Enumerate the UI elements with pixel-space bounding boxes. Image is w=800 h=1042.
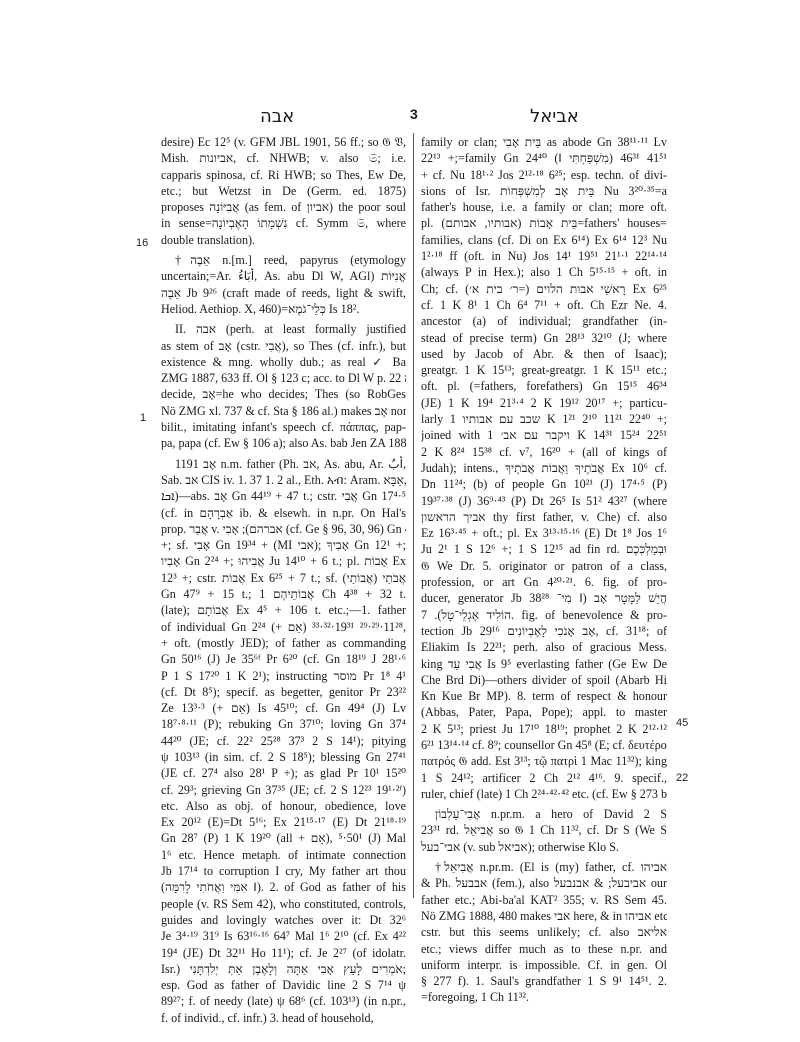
margin-count-left-1: 16 xyxy=(136,237,148,249)
text-line: Ex 20¹² (E)=Dt 5¹⁶; Ex 21¹⁵·¹⁷ (E) Dt 21… xyxy=(161,814,406,830)
text-line: + cf. Nu 18¹·² Jos 2¹²·¹⁸ 6²⁵; esp. tech… xyxy=(421,167,667,183)
text-line: אָב 1191 n.m. father (Ph. אב, As. abu, A… xyxy=(161,456,406,472)
text-line: †אֲבִיאֵל n.pr.m. (El is (my) father, cf… xyxy=(421,859,667,875)
text-line: אֵבֶה Jb 9²⁶ (craft made of reeds, light… xyxy=(161,285,406,301)
text-line: desire) Ec 12⁵ (v. GFM JBL 1901, 56 ff.;… xyxy=(161,134,406,150)
text-line: esp. God as father of Davidic line 2 S 7… xyxy=(161,977,406,993)
running-head-left-word: אבה xyxy=(260,106,294,127)
text-line: =foregoing, 1 Ch 11³². xyxy=(421,989,667,1005)
text-line: 12³ +; cstr. אֲבוֹת Ex 6²⁵ + 7 t.; sf. א… xyxy=(161,570,406,586)
text-line: †אֵבֶה n.[m.] reed, papyrus (etymology xyxy=(161,252,406,268)
text-line: sions of Isr. בֵּית אָב לְמִשְׁפְּחוֹת N… xyxy=(421,183,667,199)
text-line: used by Jacob of Abr. & then of Isaac); xyxy=(421,346,667,362)
text-line: Eliakim Is 22²¹; perh. also of gracious … xyxy=(421,639,667,655)
right-column: family or clan; בֵּית אָבִי as abode Gn … xyxy=(421,134,667,1006)
text-line: (JE cf. 27⁴ also 28¹ P +); as glad Pr 10… xyxy=(161,765,406,781)
text-line: Nö ZMG 1888, 480 makes אבי here, & in אב… xyxy=(421,908,667,924)
text-line: Ch; cf. רָאשֵׁי אבות הלוים (=ר׳ בית א׳) … xyxy=(421,281,667,297)
text-line: father etc.; Abi-ba'al KAT² 355; v. RS S… xyxy=(421,892,667,908)
text-line: people (v. RS Sem 42), who constituted, … xyxy=(161,896,406,912)
text-line: (אִמִּי וַאֲחֹתִי לָרִמָּה ‖). 2. of God… xyxy=(161,879,406,895)
text-line: cf. 29³; grieving Gn 37³⁵ (JE; cf. 2 S 1… xyxy=(161,782,406,798)
text-line: Gn 47⁹ + 15 t.; אֲבוֹתֵיהֶם 1 Ch 4³⁸ + 3… xyxy=(161,586,406,602)
text-line: הוֹלִיד אֶגְלֵי־טָל). 7. fig. of benevol… xyxy=(421,607,667,623)
text-line: Gn 28⁷ (P) 1 K 19²⁰ (all + אֵם), 50¹·⁵ (… xyxy=(161,830,406,846)
text-line: 1 S 24¹²; artificer 2 Ch 2¹² 4¹⁶. 9. spe… xyxy=(421,770,667,786)
text-line: Che Brd Di)—others divider of spoil (Aba… xyxy=(421,672,667,688)
text-line: family or clan; בֵּית אָבִי as abode Gn … xyxy=(421,134,667,150)
margin-count-right-1: 45 xyxy=(676,717,688,729)
text-line: Ze 13³·³ (+ אֵם) Is 45¹⁰; cf. Gn 49⁴ (J)… xyxy=(161,700,406,716)
text-line: f. of individ., cf. infr.) 3. head of ho… xyxy=(161,1010,406,1026)
running-head: אבה 3 אביאל xyxy=(160,106,665,130)
text-line: cf. 1 K 8¹ 1 Ch 6⁴ 7¹¹ + oft. Ch Ezr Ne.… xyxy=(421,297,667,313)
text-line: ancestor (a) of individual; grandfather … xyxy=(421,313,667,329)
text-line: (cf. in אַבְרָהָם ib. & elsewh. in n.pr.… xyxy=(161,505,406,521)
text-line: πατρός 𝔊 add. Est 3¹³; τῷ πατρὶ 1 Mac 11… xyxy=(421,753,667,769)
text-line: in sense=נִשְׁמָתוֹ הָאֶבְיוֹנָה cf. Sym… xyxy=(161,215,406,231)
text-line: 1⁶ etc. Hence metaph. of intimate connec… xyxy=(161,847,406,863)
text-line: (always P in Hex.); also 1 Ch 5¹⁵·¹⁵ + o… xyxy=(421,264,667,280)
text-line: II. אבה (perh. at least formally justifi… xyxy=(161,321,406,337)
text-line: +; sf. אָבִי Gn 19³⁴ + (MI אבי); אָבִיךָ… xyxy=(161,537,406,553)
text-line: 18⁷·⁸·¹¹ (P); rebuking Gn 37¹⁰; loving G… xyxy=(161,716,406,732)
text-line: P 1 S 17²⁰ 1 K 2¹); instructing מוסר Pr … xyxy=(161,668,406,684)
text-line: king אֲבִי עַד Is 9⁵ everlasting father … xyxy=(421,656,667,672)
text-line: (Abbas, Pater, Papa, Pope); appl. to mas… xyxy=(421,704,667,720)
text-line: ducer, generator Jb 38²⁸ הֲיֵשׁ לַמָּטָר… xyxy=(421,590,667,606)
text-line: Ju 2¹ 1 S 12⁶ +; 1 S 12¹⁵ ad fin rd. וּב… xyxy=(421,541,667,557)
text-line: double translation). xyxy=(161,232,406,248)
text-line: tection Jb 29¹⁶ אָב אָנֹכִי לָאֶבְיוֹנִי… xyxy=(421,623,667,639)
text-line: Kn Kue Br MP). 8. term of respect & hono… xyxy=(421,688,667,704)
dictionary-page: אבה 3 אביאל 16 1 45 22 desire) Ec 12⁵ (v… xyxy=(0,0,800,1042)
text-line: ψ 103¹³ (in sim. cf. 2 S 18⁵); blessing … xyxy=(161,749,406,765)
text-line: 23³¹ rd. אֲבִיאֵל so 𝔊 1 Ch 11³², cf. Dr… xyxy=(421,822,667,838)
text-line: 89²⁷; f. of needy (late) ψ 68⁶ (cf. 103¹… xyxy=(161,993,406,1009)
text-line: Isr.) אֹמְרִים לָעֵץ אָבִי אַתָּה וְלָאֶ… xyxy=(161,961,406,977)
column-divider xyxy=(413,133,414,898)
text-line: pa, papa (cf. Ew § 106 a); also As. bab … xyxy=(161,435,406,451)
text-line: ruler, chief (late) 1 Ch 2²⁴·⁴²·⁴² etc. … xyxy=(421,786,667,802)
text-line: Je 3⁴·¹⁹ 31⁹ Is 63¹⁶·¹⁶ 64⁷ Mal 1⁶ 2¹⁰ (… xyxy=(161,928,406,944)
text-line: Ez 16³·⁴⁵ + oft.; pl. Ex 3¹³·¹⁵·¹⁶ (E) D… xyxy=(421,525,667,541)
text-line: + oft. (mostly JED); of father as comman… xyxy=(161,635,406,651)
text-line: existence & mng. wholly dub.; as real ✓ … xyxy=(161,354,406,370)
text-line: & Ph. אבבעל (fem.), also אביבעל; & אבנבע… xyxy=(421,875,667,891)
text-line: uncertain;=Ar. أَبَاءُ, As. abu Dl W, AG… xyxy=(161,268,406,284)
text-line: Sab. אב CIS iv. 1. 37 1. 2 al., Eth. አብ:… xyxy=(161,472,406,488)
text-line: etc.; views differ much as to these n.pr… xyxy=(421,941,667,957)
text-line: families, clans (cf. Di on Ex 6¹⁴) Ex 6¹… xyxy=(421,232,667,248)
text-line: larly שכב עם אבותיו 1 K 1²¹ 2¹⁰ 11²¹ 22⁴… xyxy=(421,411,667,427)
text-line: profession, or art Gn 4²⁰·²¹. 6. fig. of… xyxy=(421,574,667,590)
text-line: 2 K 5¹³; priest Ju 17¹⁰ 18¹⁹; prophet 2 … xyxy=(421,721,667,737)
text-line: (late); אֲבוֹתָם Ex 4⁵ + 106 t. etc.;—1.… xyxy=(161,602,406,618)
text-line: Heliod. Aethiop. X, 460)=כְּלֵי־גֹמֶא Is… xyxy=(161,301,406,317)
page-number: 3 xyxy=(410,106,418,122)
text-line: etc.; but Wetzst in De (Germ. ed. 1875) xyxy=(161,183,406,199)
text-line: prop. אֲבַר v. אברהם); אָבִי (cf. Ge § 9… xyxy=(161,521,406,537)
margin-count-left-2: 1 xyxy=(140,412,146,424)
text-line: 19³⁷·³⁸ (J) 36⁹·⁴³ (P) Dt 26⁵ Is 51² 43²… xyxy=(421,493,667,509)
text-line: ZMG 1887, 633 ff. Ol § 123 c; acc. to Dl… xyxy=(161,370,406,386)
text-line: אָבִיו Gn 2²⁴ +; אֲבִיהוּ Ju 14¹⁰ + 6 t.… xyxy=(161,553,406,569)
text-line: bilit., imitating infant's speech cf. πά… xyxy=(161,419,406,435)
text-line: capparis spinosa, cf. Ri HWB; so Thes, E… xyxy=(161,167,406,183)
text-line: Gn 50¹⁶ (J) Je 35⁶ᶠ Pr 6²⁰ (cf. Gn 18¹⁹ … xyxy=(161,651,406,667)
text-line: decide, אָב=he who decides; Thes (so Rob… xyxy=(161,386,406,402)
text-line: as stem of אָב (cstr. אֲבִי), so Thes (c… xyxy=(161,338,406,354)
text-line: joined with ויקבר עם אב׳ 1 K 14³¹ 15²⁴ 2… xyxy=(421,427,667,443)
text-line: אבי־בעל (v. sub אביאל); otherwise Klo S. xyxy=(421,839,667,855)
text-line: 22¹³ +;=family Gn 24⁴⁰ (‖ מִשְׁפַּחְתִּי… xyxy=(421,150,667,166)
text-line: 6²¹ 13¹⁴·¹⁴ cf. 8⁹; counsellor Gn 45⁸ (E… xyxy=(421,737,667,753)
text-line: greatgr. 1 K 15¹³; great-greatgr. 1 K 15… xyxy=(421,362,667,378)
text-line: 1²·¹⁸ ff (oft. in Nu) Jos 14¹ 19⁵¹ 21¹·¹… xyxy=(421,248,667,264)
text-line: אֲבִי־עַלְבוֹן n.pr.m. a hero of David 2… xyxy=(421,806,667,822)
margin-count-right-2: 22 xyxy=(676,772,688,784)
text-line: § 277 f). 1. Saul's grandfather 1 S 9¹ 1… xyxy=(421,973,667,989)
text-line: Mish. אביונות, cf. NHWB; v. also 𝔖; i.e. xyxy=(161,150,406,166)
text-line: Nö ZMG xl. 737 & cf. Sta § 186 al.) make… xyxy=(161,403,406,419)
text-line: (cf. Dt 8⁵); specif. as begetter, genito… xyxy=(161,684,406,700)
text-line: 𝔊 We Dr. 5. originator or patron of a cl… xyxy=(421,558,667,574)
text-line: cstr. but this seems unlikely; cf. also … xyxy=(421,924,667,940)
left-column: desire) Ec 12⁵ (v. GFM JBL 1901, 56 ff.;… xyxy=(161,134,406,1026)
text-line: Jb 17¹⁴ to corruption I cry, My father a… xyxy=(161,863,406,879)
text-line: pl. (אבותיו, אבותם) בֵּית אָבוֹת=fathers… xyxy=(421,215,667,231)
text-line: proposes אֲבִיּוֹנָה (as fem. of אביון) … xyxy=(161,199,406,215)
text-line: guides and lovingly watches over it: Dt … xyxy=(161,912,406,928)
text-line: oft. pl. (=fathers, forefathers) Gn 15¹⁵… xyxy=(421,378,667,394)
text-line: 2 K 8²⁴ 15³⁸ cf. v⁷, 16²⁰ + (all of king… xyxy=(421,444,667,460)
text-line: etc. Also as obj. of honour, obedience, … xyxy=(161,798,406,814)
text-line: stead of precise term) Gn 28¹³ 32¹⁰ (J; … xyxy=(421,330,667,346)
text-line: 44²⁰ (JE; cf. 22² 25²⁸ 37³ 2 S 14¹); pit… xyxy=(161,733,406,749)
text-line: uniform interpr. is impossible. Cf. in g… xyxy=(421,957,667,973)
text-line: Dn 11²⁴; (b) of people Gn 10²¹ (J) 17⁴·⁵… xyxy=(421,476,667,492)
text-line: Judah); intens., אֲבֹתֶיךָ וַאֲבוֹת אֲבֹ… xyxy=(421,460,667,476)
text-line: (JE) 1 K 19⁴ 21³·⁴ 2 K 19¹² 20¹⁷ +; part… xyxy=(421,395,667,411)
running-head-right-word: אביאל xyxy=(530,106,579,127)
text-line: of individual Gn 2²⁴ (+ אֵם) 11²⁸·²⁹·²⁹ … xyxy=(161,619,406,635)
text-line: ܐܒܐ)—abs. אָב Gn 44¹⁹ + 47 t.; cstr. אֲב… xyxy=(161,488,406,504)
text-line: father's house, i.e. a family or clan; m… xyxy=(421,199,667,215)
text-line: אביך הראשון thy first father, v. Che) cf… xyxy=(421,509,667,525)
text-line: 19⁴ (JE) Dt 32¹¹ Ho 11¹); cf. Je 2²⁷ (of… xyxy=(161,945,406,961)
